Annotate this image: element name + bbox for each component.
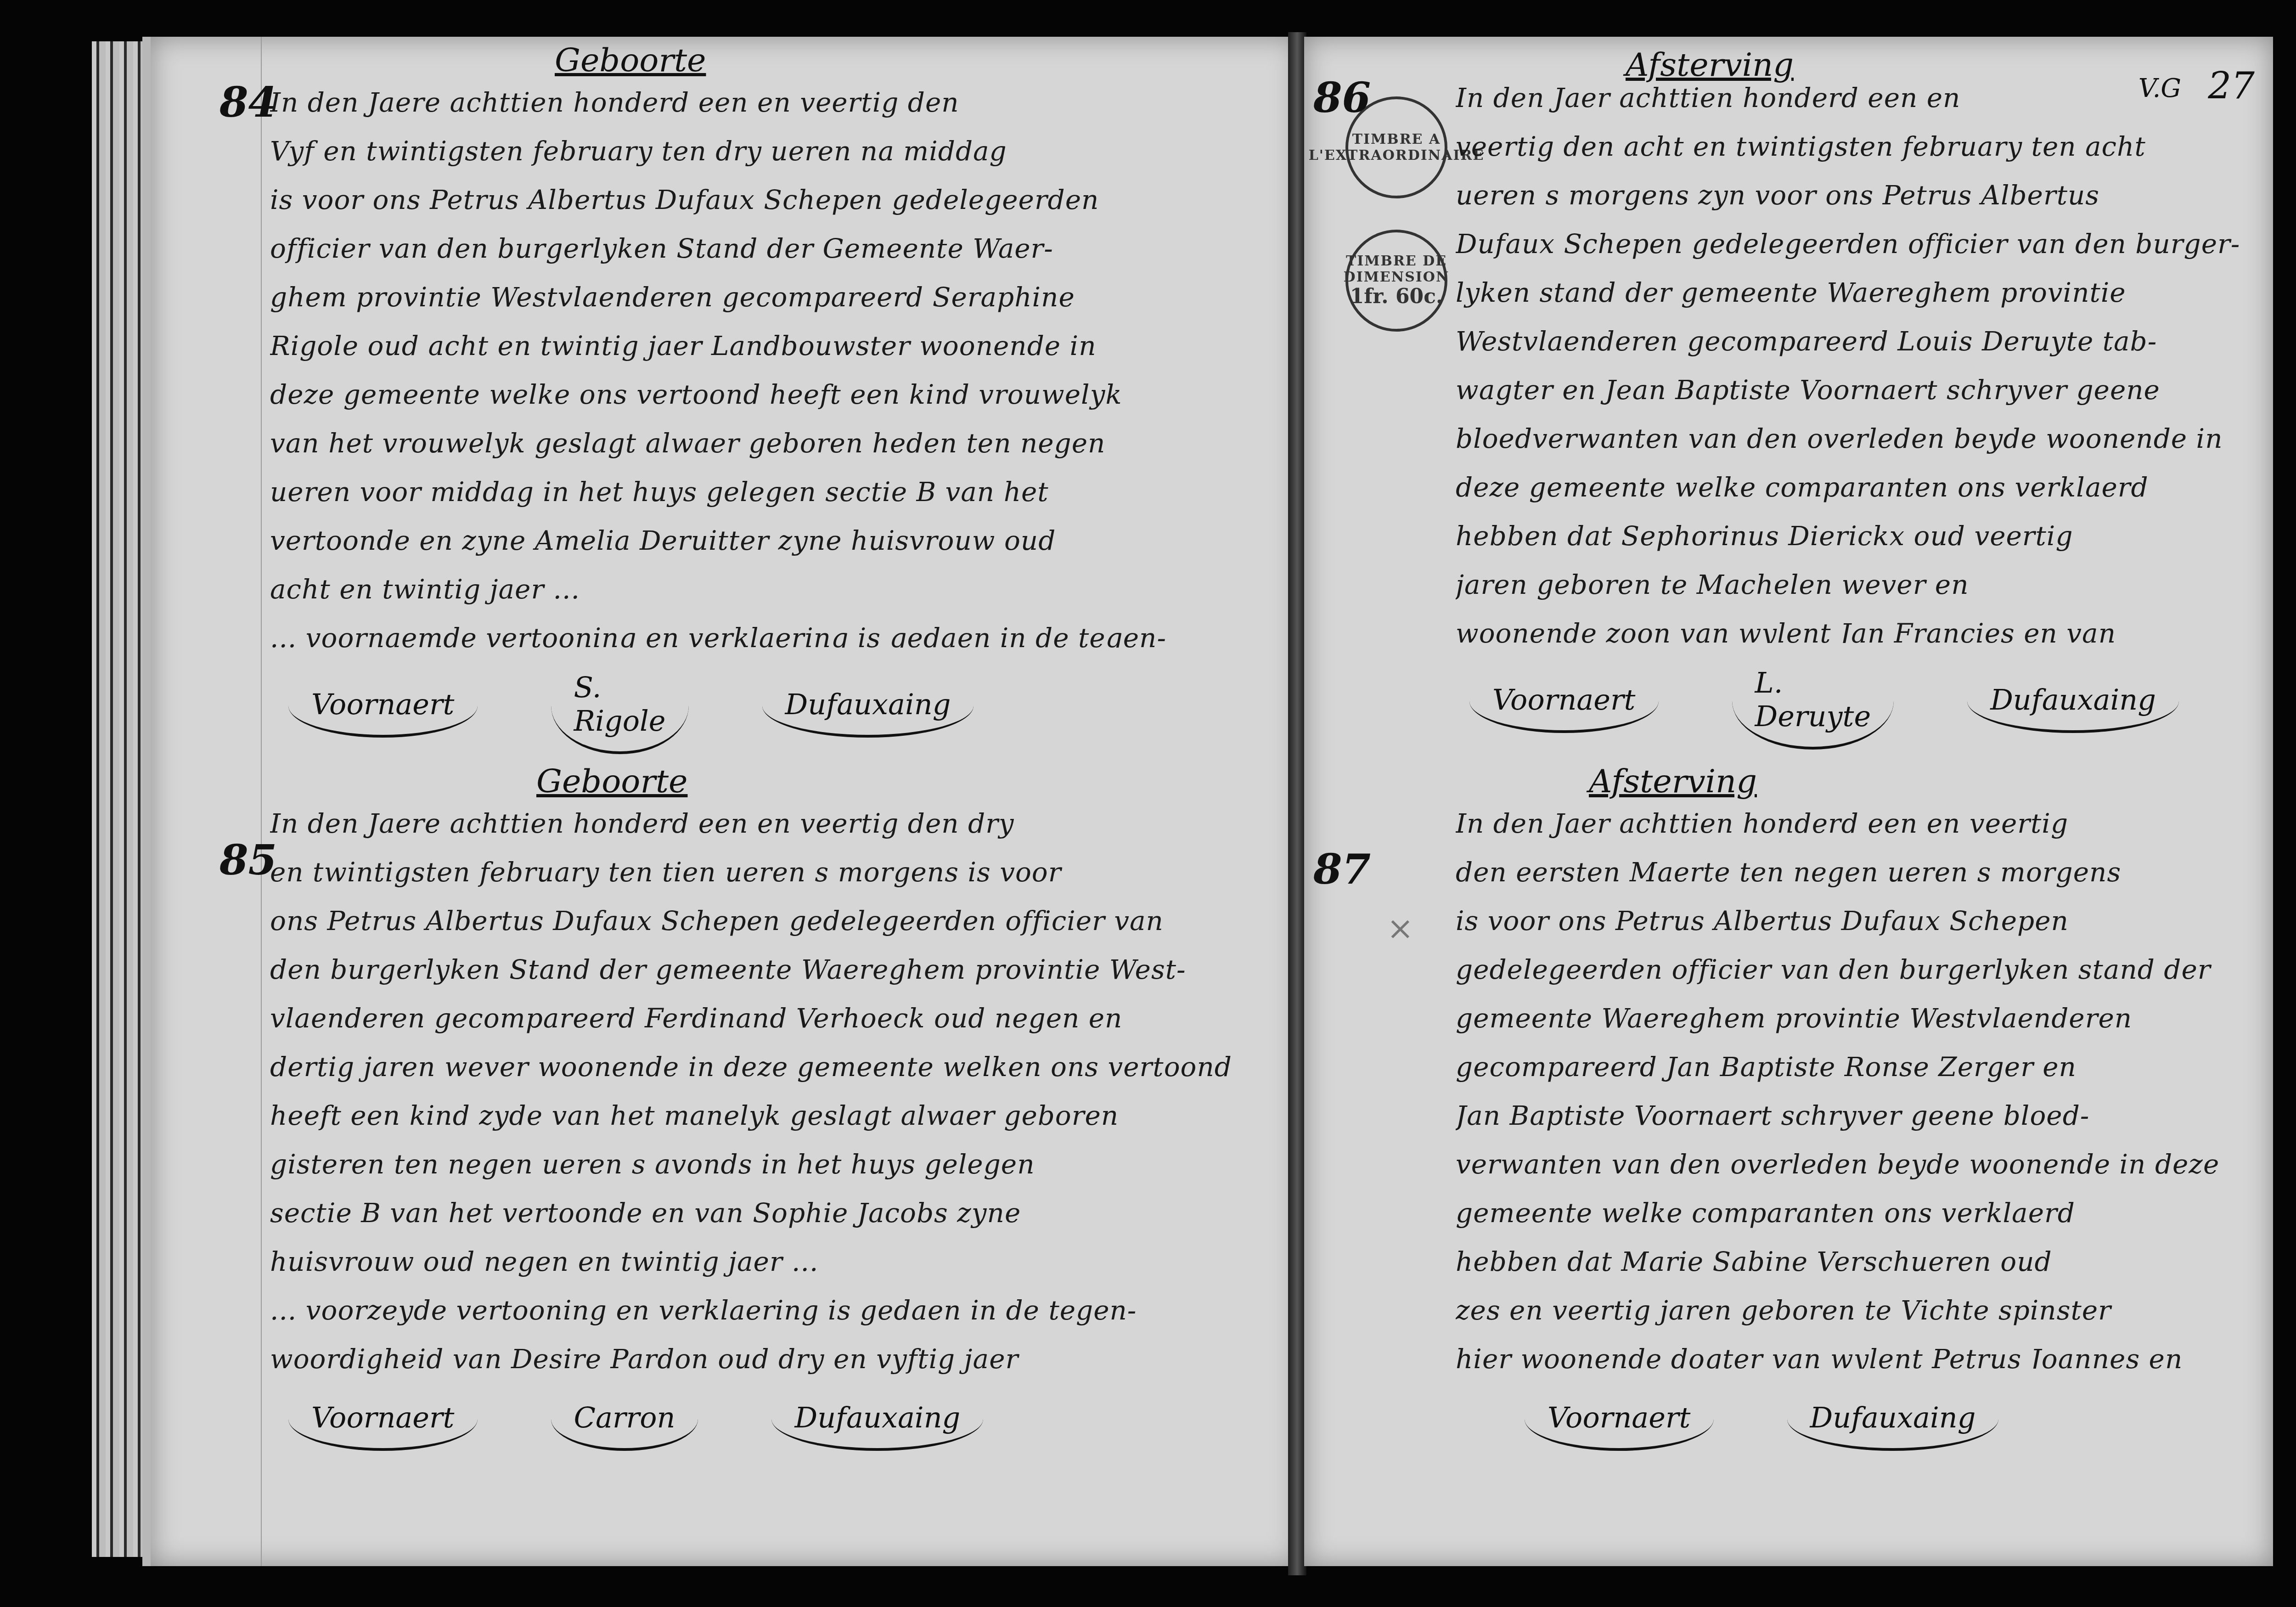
signature-block: Voornaert Carron Dufauxaing xyxy=(288,1387,983,1451)
signature: Voornaert xyxy=(288,674,478,738)
signature: S. Rigole xyxy=(551,657,689,754)
stamp-value: 1fr. 60c. xyxy=(1350,285,1443,308)
entry-type-heading: Geboorte xyxy=(536,762,687,800)
entry-text: In den Jaere achttien honderd een en vee… xyxy=(270,799,1280,1378)
signature-block: Voornaert L. Deruyte Dufauxaing xyxy=(1469,652,2179,750)
margin-rule xyxy=(261,37,262,1566)
signature: Voornaert xyxy=(288,1387,478,1451)
entry-text: In den Jaer achttien honderd een en veer… xyxy=(1456,73,2255,643)
entry-number: 84 xyxy=(219,78,277,127)
entry-type-heading: Geboorte xyxy=(555,41,706,79)
page-edges xyxy=(92,41,142,1557)
book-gutter xyxy=(1288,32,1306,1575)
signature: Voornaert xyxy=(1469,669,1659,733)
signature: Dufauxaing xyxy=(771,1387,983,1451)
entry-number: 87 xyxy=(1313,845,1371,894)
signature-block: Voornaert Dufauxaing xyxy=(1525,1387,1998,1451)
register-spread: 84 Geboorte In den Jaere achttien honder… xyxy=(92,18,2278,1589)
entry-type-heading: Afsterving xyxy=(1589,762,1757,800)
signature: Voornaert xyxy=(1525,1387,1714,1451)
signature: Dufauxaing xyxy=(1967,669,2179,733)
entry-number: 86 xyxy=(1313,73,1371,122)
signature: Dufauxaing xyxy=(1787,1387,1999,1451)
signature: Dufauxaing xyxy=(762,674,974,738)
entry-text: In den Jaere achttien honderd een en vee… xyxy=(270,78,1280,648)
tax-stamp-dimension: TIMBRE DE DIMENSION 1fr. 60c. xyxy=(1345,230,1447,332)
entry-text: In den Jaer achttien honderd een en veer… xyxy=(1456,799,2255,1369)
stamp-text: TIMBRE DE DIMENSION xyxy=(1344,253,1450,285)
left-page: 84 Geboorte In den Jaere achttien honder… xyxy=(142,37,1299,1566)
signature: Carron xyxy=(551,1387,698,1451)
right-page: 27 V.G TIMBRE A L'EXTRAORDINAIRE TIMBRE … xyxy=(1304,37,2273,1566)
entry-number: 85 xyxy=(219,836,277,885)
x-mark: × xyxy=(1387,909,1414,947)
signature: L. Deruyte xyxy=(1732,652,1894,750)
signature-block: Voornaert S. Rigole Dufauxaing xyxy=(288,657,974,754)
